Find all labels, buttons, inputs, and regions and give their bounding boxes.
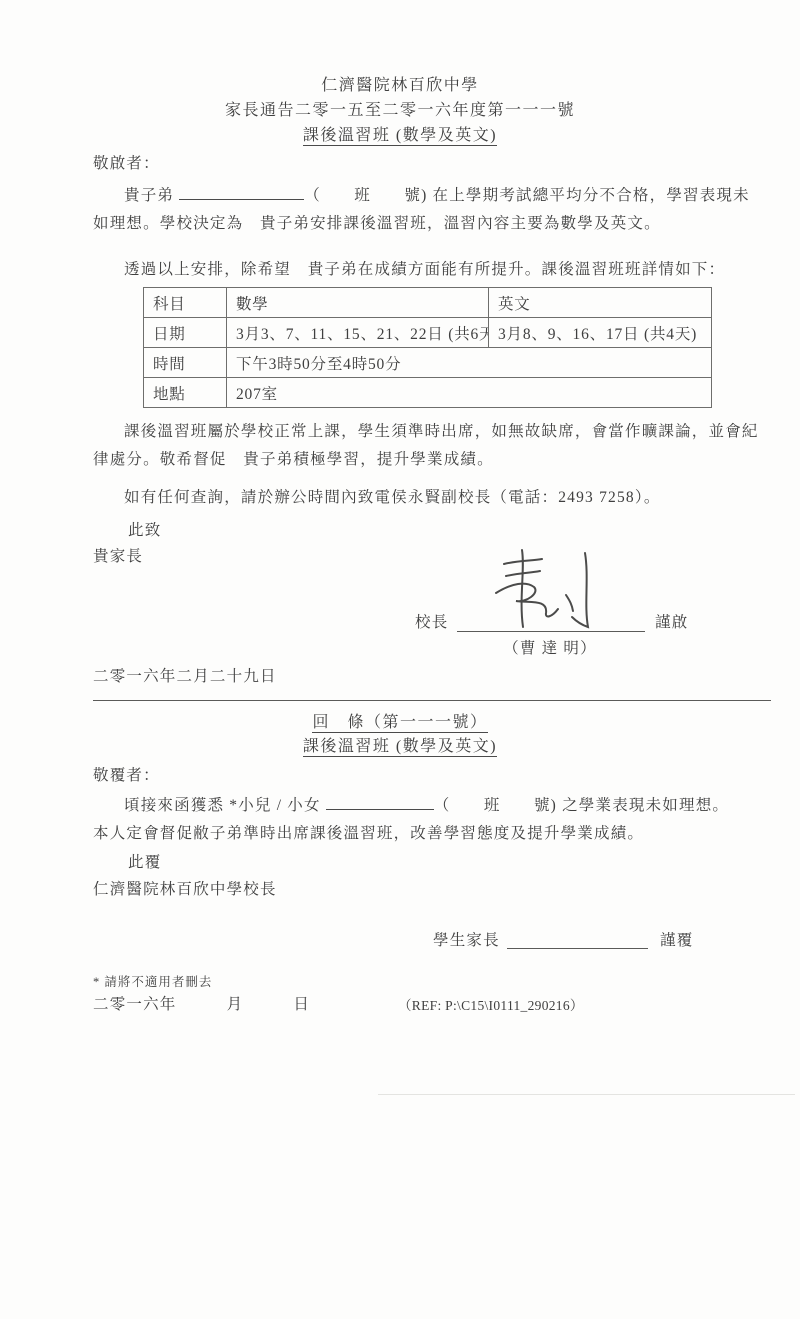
- reply-paragraph: 頃接來函獲悉 *小兒 / 小女 （ 班 號) 之學業表現未如理想。本人定會督促敝…: [93, 792, 743, 847]
- notice-number-line: 家長通告二零一五至二零一六年度第一一一號: [0, 97, 800, 120]
- table-row-subject: 科目 數學 英文: [144, 288, 712, 318]
- file-reference: （REF: P:\C15\I0111_290216）: [398, 994, 584, 1014]
- paragraph-arrangement: 透過以上安排，除希望 貴子弟在成績方面能有所提升。課後溫習班班詳情如下：: [93, 256, 770, 284]
- schedule-table: 科目 數學 英文 日期 3月3、7、11、15、21、22日 (共6天) 3月8…: [143, 287, 712, 408]
- date-label-cell: 日期: [144, 318, 227, 348]
- parent-signature-line: [507, 948, 648, 949]
- principal-signature-line: [457, 631, 645, 632]
- student-name-blank: [179, 186, 304, 200]
- reply-salutation: 敬覆者：: [93, 762, 160, 790]
- reply-paragraph-lead: 頃接來函獲悉 *小兒 / 小女: [124, 797, 326, 814]
- scanned-school-notice: 仁濟醫院林百欣中學 家長通告二零一五至二零一六年度第一一一號 課後溫習班 (數學…: [0, 0, 800, 1319]
- notice-title: 課後溫習班 (數學及英文): [303, 127, 497, 146]
- principal-label: 校長: [415, 610, 448, 632]
- paragraph-attendance-rules: 課後溫習班屬於學校正常上課，學生須準時出席，如無故缺席，會當作曠課論，並會紀律處…: [93, 418, 770, 473]
- reply-closing: 此覆: [128, 849, 161, 877]
- reply-title-row: 回 條（第一一一號）: [0, 709, 800, 732]
- paragraph-student-performance: 貴子弟 （ 班 號) 在上學期考試總平均分不合格，學習表現未如理想。學校決定為 …: [93, 182, 753, 237]
- math-header-cell: 數學: [227, 288, 489, 318]
- parent-suffix: 謹覆: [660, 928, 693, 950]
- delete-inapplicable-footnote: * 請將不適用者刪去: [93, 972, 212, 990]
- school-name: 仁濟醫院林百欣中學: [0, 72, 800, 95]
- reply-title: 回 條（第一一一號）: [312, 714, 487, 733]
- scan-artifact-line: [378, 1094, 795, 1095]
- notice-date: 二零一六年二月二十九日: [93, 663, 277, 691]
- english-header-cell: 英文: [489, 288, 712, 318]
- parent-signature-label: 學生家長: [433, 928, 500, 950]
- subject-label-cell: 科目: [144, 288, 227, 318]
- reply-subtitle: 課後溫習班 (數學及英文): [303, 738, 497, 757]
- paragraph-enquiry: 如有任何查詢，請於辦公時間內致電侯永賢副校長（電話：2493 7258）。: [93, 484, 770, 512]
- time-value-cell: 下午3時50分至4時50分: [227, 348, 712, 378]
- venue-value-cell: 207室: [227, 378, 712, 408]
- venue-label-cell: 地點: [144, 378, 227, 408]
- reply-date-line: 二零一六年 月 日: [93, 991, 310, 1019]
- addressee-parents: 貴家長: [93, 543, 143, 571]
- salutation: 敬啟者：: [93, 150, 160, 178]
- notice-title-row: 課後溫習班 (數學及英文): [0, 122, 800, 145]
- math-dates-cell: 3月3、7、11、15、21、22日 (共6天): [227, 318, 489, 348]
- english-dates-cell: 3月8、9、16、17日 (共4天): [489, 318, 712, 348]
- table-row-time: 時間 下午3時50分至4時50分: [144, 348, 712, 378]
- table-row-dates: 日期 3月3、7、11、15、21、22日 (共6天) 3月8、9、16、17日…: [144, 318, 712, 348]
- reply-subtitle-row: 課後溫習班 (數學及英文): [0, 733, 800, 756]
- child-name-blank: [326, 796, 434, 810]
- section-divider-line: [93, 700, 771, 701]
- table-row-venue: 地點 207室: [144, 378, 712, 408]
- principal-suffix: 謹啟: [655, 610, 688, 632]
- reply-addressee: 仁濟醫院林百欣中學校長: [93, 876, 277, 904]
- principal-name: （曹 達 明）: [470, 636, 630, 658]
- paragraph-lead: 貴子弟: [124, 187, 179, 204]
- time-label-cell: 時間: [144, 348, 227, 378]
- closing-cizhi: 此致: [128, 517, 161, 545]
- principal-signature-icon: [482, 547, 632, 633]
